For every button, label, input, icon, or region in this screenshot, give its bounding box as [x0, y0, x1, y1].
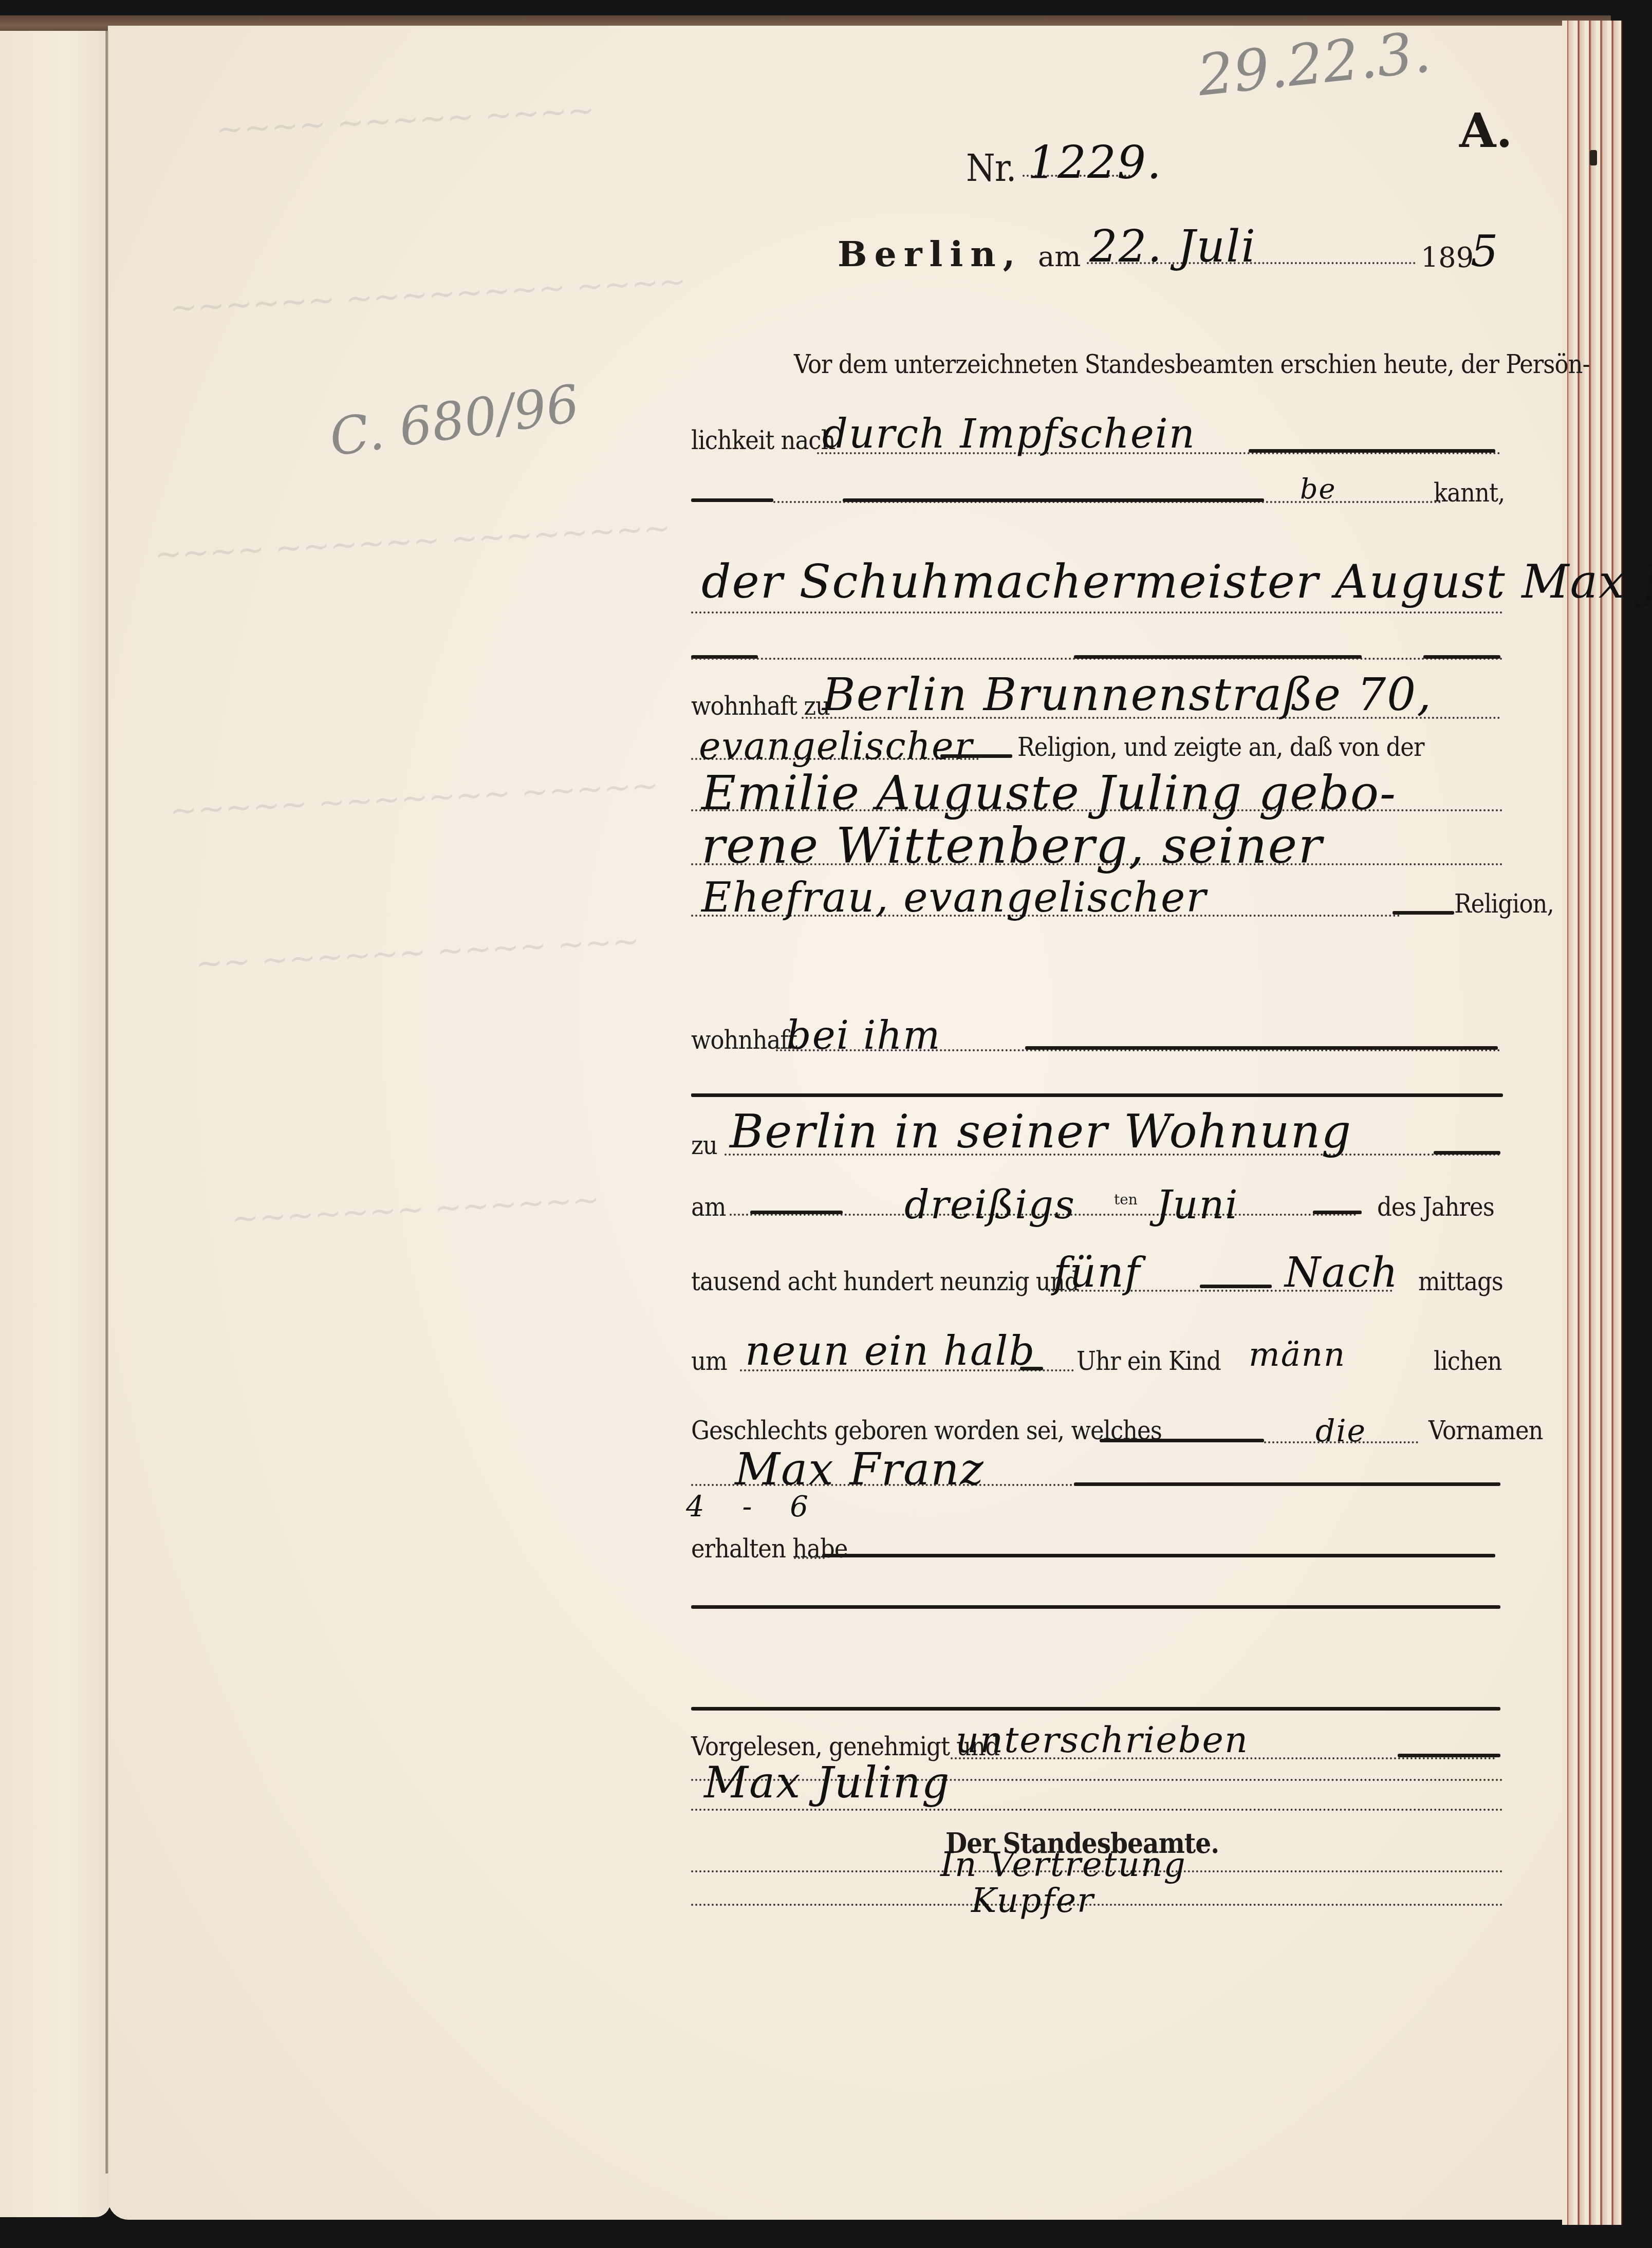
dotted-line: [691, 1904, 1503, 1906]
identity-proof: durch Impfschein: [822, 411, 1196, 457]
fill-rule: [940, 754, 1012, 758]
mother-name: Emilie Auguste Juling gebo-: [701, 766, 1397, 821]
form-text-religion: Religion,: [1454, 889, 1554, 919]
birthplace: Berlin in seiner Wohnung: [730, 1105, 1352, 1159]
form-label-birthplace: zu: [691, 1130, 717, 1160]
fill-rule: [691, 498, 773, 502]
register-letter: A.: [1459, 103, 1512, 158]
fill-rule: [691, 1605, 1500, 1609]
fill-rule: [750, 1211, 843, 1214]
article-die: die: [1315, 1413, 1366, 1449]
fill-rule: [1393, 911, 1454, 915]
year-handwritten: 5: [1471, 226, 1499, 276]
fill-rule: [843, 498, 1264, 502]
signed-word: unterschrieben: [956, 1719, 1249, 1761]
birth-year-word: fünf: [1053, 1249, 1141, 1296]
dotted-line: [691, 611, 1503, 614]
birth-month: Juni: [1156, 1182, 1239, 1228]
birth-day: dreißigs: [904, 1182, 1075, 1228]
bookmark-tab-icon: [1590, 150, 1597, 165]
dotted-line: [691, 1809, 1503, 1811]
fill-rule: [1100, 1439, 1264, 1442]
fill-rule: [1398, 1754, 1500, 1757]
official-signature-line1: In Vertretung: [940, 1845, 1186, 1884]
binding-gutter: [105, 31, 108, 2173]
form-text-lichen: lichen: [1434, 1346, 1502, 1376]
child-given-names: Max Franz: [735, 1444, 985, 1495]
form-text-mittags: mittags: [1418, 1267, 1503, 1296]
form-text-des-jahres: des Jahres: [1377, 1192, 1494, 1222]
margin-annotation: 4 - 6: [686, 1490, 823, 1524]
date-prefix: am: [1038, 240, 1081, 273]
fill-rule: [1313, 1211, 1362, 1214]
mother-residence: bei ihm: [786, 1012, 941, 1058]
dotted-line: [794, 1557, 825, 1559]
form-text-uhr-kind: Uhr ein Kind: [1076, 1346, 1221, 1376]
fill-rule: [1249, 449, 1495, 453]
informant-religion: evangelischer: [699, 724, 973, 768]
child-sex: männ: [1249, 1336, 1346, 1374]
form-text-vornamen: Vornamen: [1428, 1416, 1543, 1445]
form-text-erhalten: erhalten habe: [691, 1534, 847, 1564]
official-signature-line2: Kupfer: [971, 1881, 1094, 1920]
informant-signature: Max Juling: [704, 1757, 951, 1808]
form-text-year: tausend acht hundert neunzig und: [691, 1267, 1079, 1296]
form-text-geschlecht: Geschlechts geboren worden sei, welches: [691, 1416, 1162, 1445]
form-text-ten: ten: [1114, 1191, 1138, 1208]
informant-name: der Schuhmachermeister August Max Juling: [701, 555, 1652, 609]
time-of-day: Nach: [1285, 1249, 1399, 1296]
place-label: Berlin,: [838, 234, 1022, 275]
fill-rule: [1423, 655, 1500, 659]
left-page-sliver: [0, 31, 110, 2217]
known-prefix: be: [1300, 473, 1337, 505]
fill-rule: [1200, 1285, 1272, 1288]
form-text-intro: Vor dem unterzeichneten Standesbeamten e…: [794, 349, 1590, 379]
mother-relation-religion: Ehefrau, evangelischer: [701, 874, 1207, 921]
fill-rule: [1074, 655, 1362, 659]
fill-rule: [1434, 1151, 1500, 1155]
fill-rule: [691, 1707, 1500, 1711]
form-label-am: am: [691, 1192, 726, 1222]
form-text-known: kannt,: [1434, 478, 1505, 508]
birth-hour: neun ein halb: [745, 1328, 1035, 1374]
registration-date: 22. Juli: [1089, 221, 1256, 272]
fill-rule: [1025, 1046, 1498, 1050]
number-label: Nr.: [966, 146, 1016, 190]
mother-maiden-name: rene Wittenberg, seiner: [701, 817, 1323, 875]
informant-address: Berlin Brunnenstraße 70,: [822, 668, 1432, 721]
fill-rule: [1074, 1482, 1500, 1486]
form-label-identity: lichkeit nach: [691, 425, 835, 455]
fill-rule: [822, 1554, 1495, 1557]
year-printed: 189: [1421, 241, 1474, 274]
form-text-religion-announce: Religion, und zeigte an, daß von der: [1017, 732, 1424, 762]
register-number: 1229.: [1028, 136, 1162, 189]
form-label-um: um: [691, 1346, 727, 1376]
fill-rule: [1020, 1367, 1043, 1370]
fill-rule: [691, 1093, 1503, 1097]
